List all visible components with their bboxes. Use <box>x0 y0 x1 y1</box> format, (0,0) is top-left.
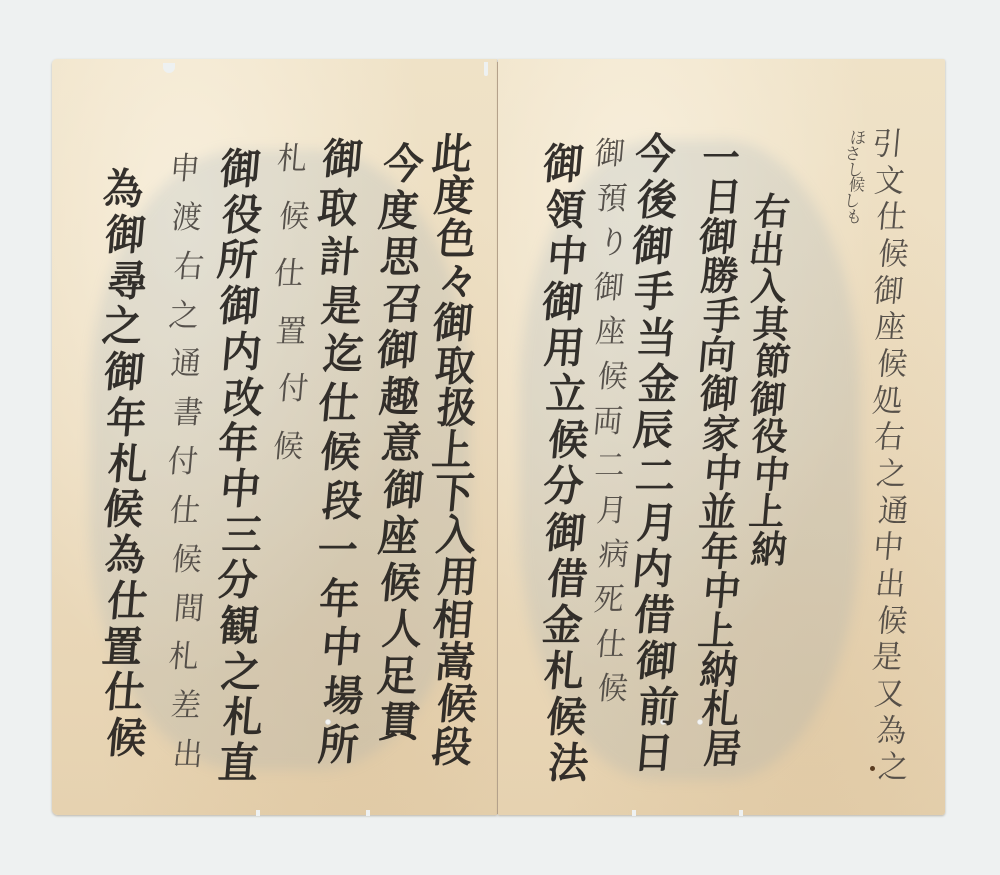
glyph: 病 <box>596 540 630 587</box>
glyph: 候 <box>876 239 909 277</box>
top-tear <box>484 62 488 76</box>
glyph: 役 <box>750 419 789 458</box>
text-column-left-3: 御取計是迄仕候段一年中場所 <box>320 140 360 775</box>
glyph: 仕 <box>316 383 360 434</box>
glyph: 引 <box>870 129 903 167</box>
glyph: 納 <box>749 532 788 571</box>
text-column-right-2: ほさし候しも <box>847 130 863 225</box>
glyph: 間 <box>171 593 205 644</box>
glyph: も <box>845 209 862 226</box>
glyph: 日 <box>631 733 675 781</box>
glyph: 預 <box>594 183 628 230</box>
glyph: 候 <box>595 362 629 409</box>
text-column-right-1: 引文仕候御座候処右之通中出候是又為之 <box>875 130 905 790</box>
glyph: 御 <box>103 215 147 263</box>
glyph: 候 <box>595 674 629 721</box>
glyph: 付 <box>165 447 199 498</box>
glyph: 法 <box>546 743 590 791</box>
glyph: 出 <box>170 740 204 791</box>
glyph: 御 <box>634 641 678 689</box>
glyph: 月 <box>635 502 679 550</box>
glyph: 御 <box>592 139 626 186</box>
glyph: 仕 <box>270 259 305 319</box>
bottom-notch <box>632 810 636 816</box>
bottom-notch <box>366 810 370 816</box>
glyph: 上 <box>747 494 786 533</box>
glyph: 中 <box>218 469 262 517</box>
text-column-left-6: 申渡右之通書付仕候間札差出 <box>170 155 200 790</box>
glyph: 候 <box>318 432 362 483</box>
glyph: 候 <box>875 349 908 387</box>
glyph: 之 <box>874 459 907 497</box>
glyph: 札 <box>542 651 586 699</box>
glyph: 又 <box>872 679 905 717</box>
bottom-notch <box>256 810 260 816</box>
glyph: 御 <box>218 149 262 197</box>
glyph: 仕 <box>593 630 627 677</box>
glyph: 渡 <box>169 203 203 254</box>
glyph: 借 <box>632 594 676 642</box>
glyph: 仕 <box>105 581 149 629</box>
glyph: 居 <box>702 730 743 771</box>
glyph: 候 <box>104 718 148 766</box>
glyph: 二 <box>633 456 677 504</box>
text-column-left-2: 今度思召御趣意御座候人足貫 <box>380 145 420 750</box>
glyph: 金 <box>540 604 584 652</box>
text-column-right-3: 右出入其節御役中上納 <box>752 195 788 570</box>
glyph: 座 <box>593 317 627 364</box>
glyph: 節 <box>753 344 792 383</box>
glyph: 両 <box>590 407 624 454</box>
glyph: 候 <box>275 201 310 261</box>
glyph: り <box>596 228 630 275</box>
glyph: 二 <box>592 451 626 498</box>
glyph: 所 <box>316 725 360 776</box>
glyph: 入 <box>749 269 788 308</box>
glyph: 段 <box>430 727 474 771</box>
glyph: 御 <box>543 512 587 560</box>
glyph: 書 <box>170 398 204 449</box>
center-fold <box>497 62 498 814</box>
text-column-right-4: 一日御勝手向御家中並年中上納札居 <box>701 140 738 770</box>
glyph: 之 <box>876 752 909 790</box>
glyph: 分 <box>541 466 585 514</box>
glyph: 右 <box>752 194 791 233</box>
glyph: 差 <box>168 691 202 742</box>
text-column-left-4: 札候仕置付候 <box>275 145 305 490</box>
text-column-right-6: 御預り御座候両二月病死仕候 <box>595 140 625 720</box>
text-column-left-7: 為御尋之御年札候為仕置仕候 <box>105 170 145 765</box>
glyph: 候 <box>169 545 203 596</box>
glyph: 内 <box>630 548 674 596</box>
glyph: 出 <box>873 569 906 607</box>
glyph: 借 <box>545 558 589 606</box>
glyph: 之 <box>166 300 200 351</box>
glyph: 座 <box>376 516 420 565</box>
glyph: 申 <box>167 154 201 205</box>
glyph: 付 <box>274 374 309 434</box>
text-column-left-1: 此度色々御取扱上下入用相嵩候段 <box>435 135 475 770</box>
glyph: 御 <box>320 139 364 190</box>
bottom-notch <box>739 810 743 816</box>
text-column-left-5: 御役所御内改年中三分観之札直 <box>220 150 260 790</box>
glyph: 一 <box>315 530 359 581</box>
glyph: 今 <box>381 144 425 193</box>
glyph: 直 <box>216 743 260 791</box>
glyph: 貫 <box>377 702 421 751</box>
glyph: 置 <box>272 316 307 376</box>
glyph: 内 <box>219 332 263 380</box>
glyph: 年 <box>104 398 148 446</box>
text-column-right-7: 御領中御用立候分御借金札候法 <box>545 145 585 790</box>
glyph: 計 <box>317 236 361 287</box>
glyph: 意 <box>379 423 423 472</box>
glyph: 仕 <box>167 496 201 547</box>
glyph: 死 <box>591 585 625 632</box>
text-column-right-5: 今後御手当金辰二月内借御前日 <box>635 135 675 780</box>
glyph: 思 <box>378 237 422 286</box>
glyph: 御 <box>375 330 419 379</box>
glyph: 札 <box>166 642 200 693</box>
glyph: 札 <box>273 144 308 204</box>
glyph: 通 <box>168 349 202 400</box>
glyph: 月 <box>594 496 628 543</box>
glyph: 候 <box>269 431 304 491</box>
glyph: 右 <box>171 251 205 302</box>
glyph: 御 <box>591 273 625 320</box>
glyph: 取 <box>315 188 359 239</box>
glyph: 段 <box>320 481 364 532</box>
